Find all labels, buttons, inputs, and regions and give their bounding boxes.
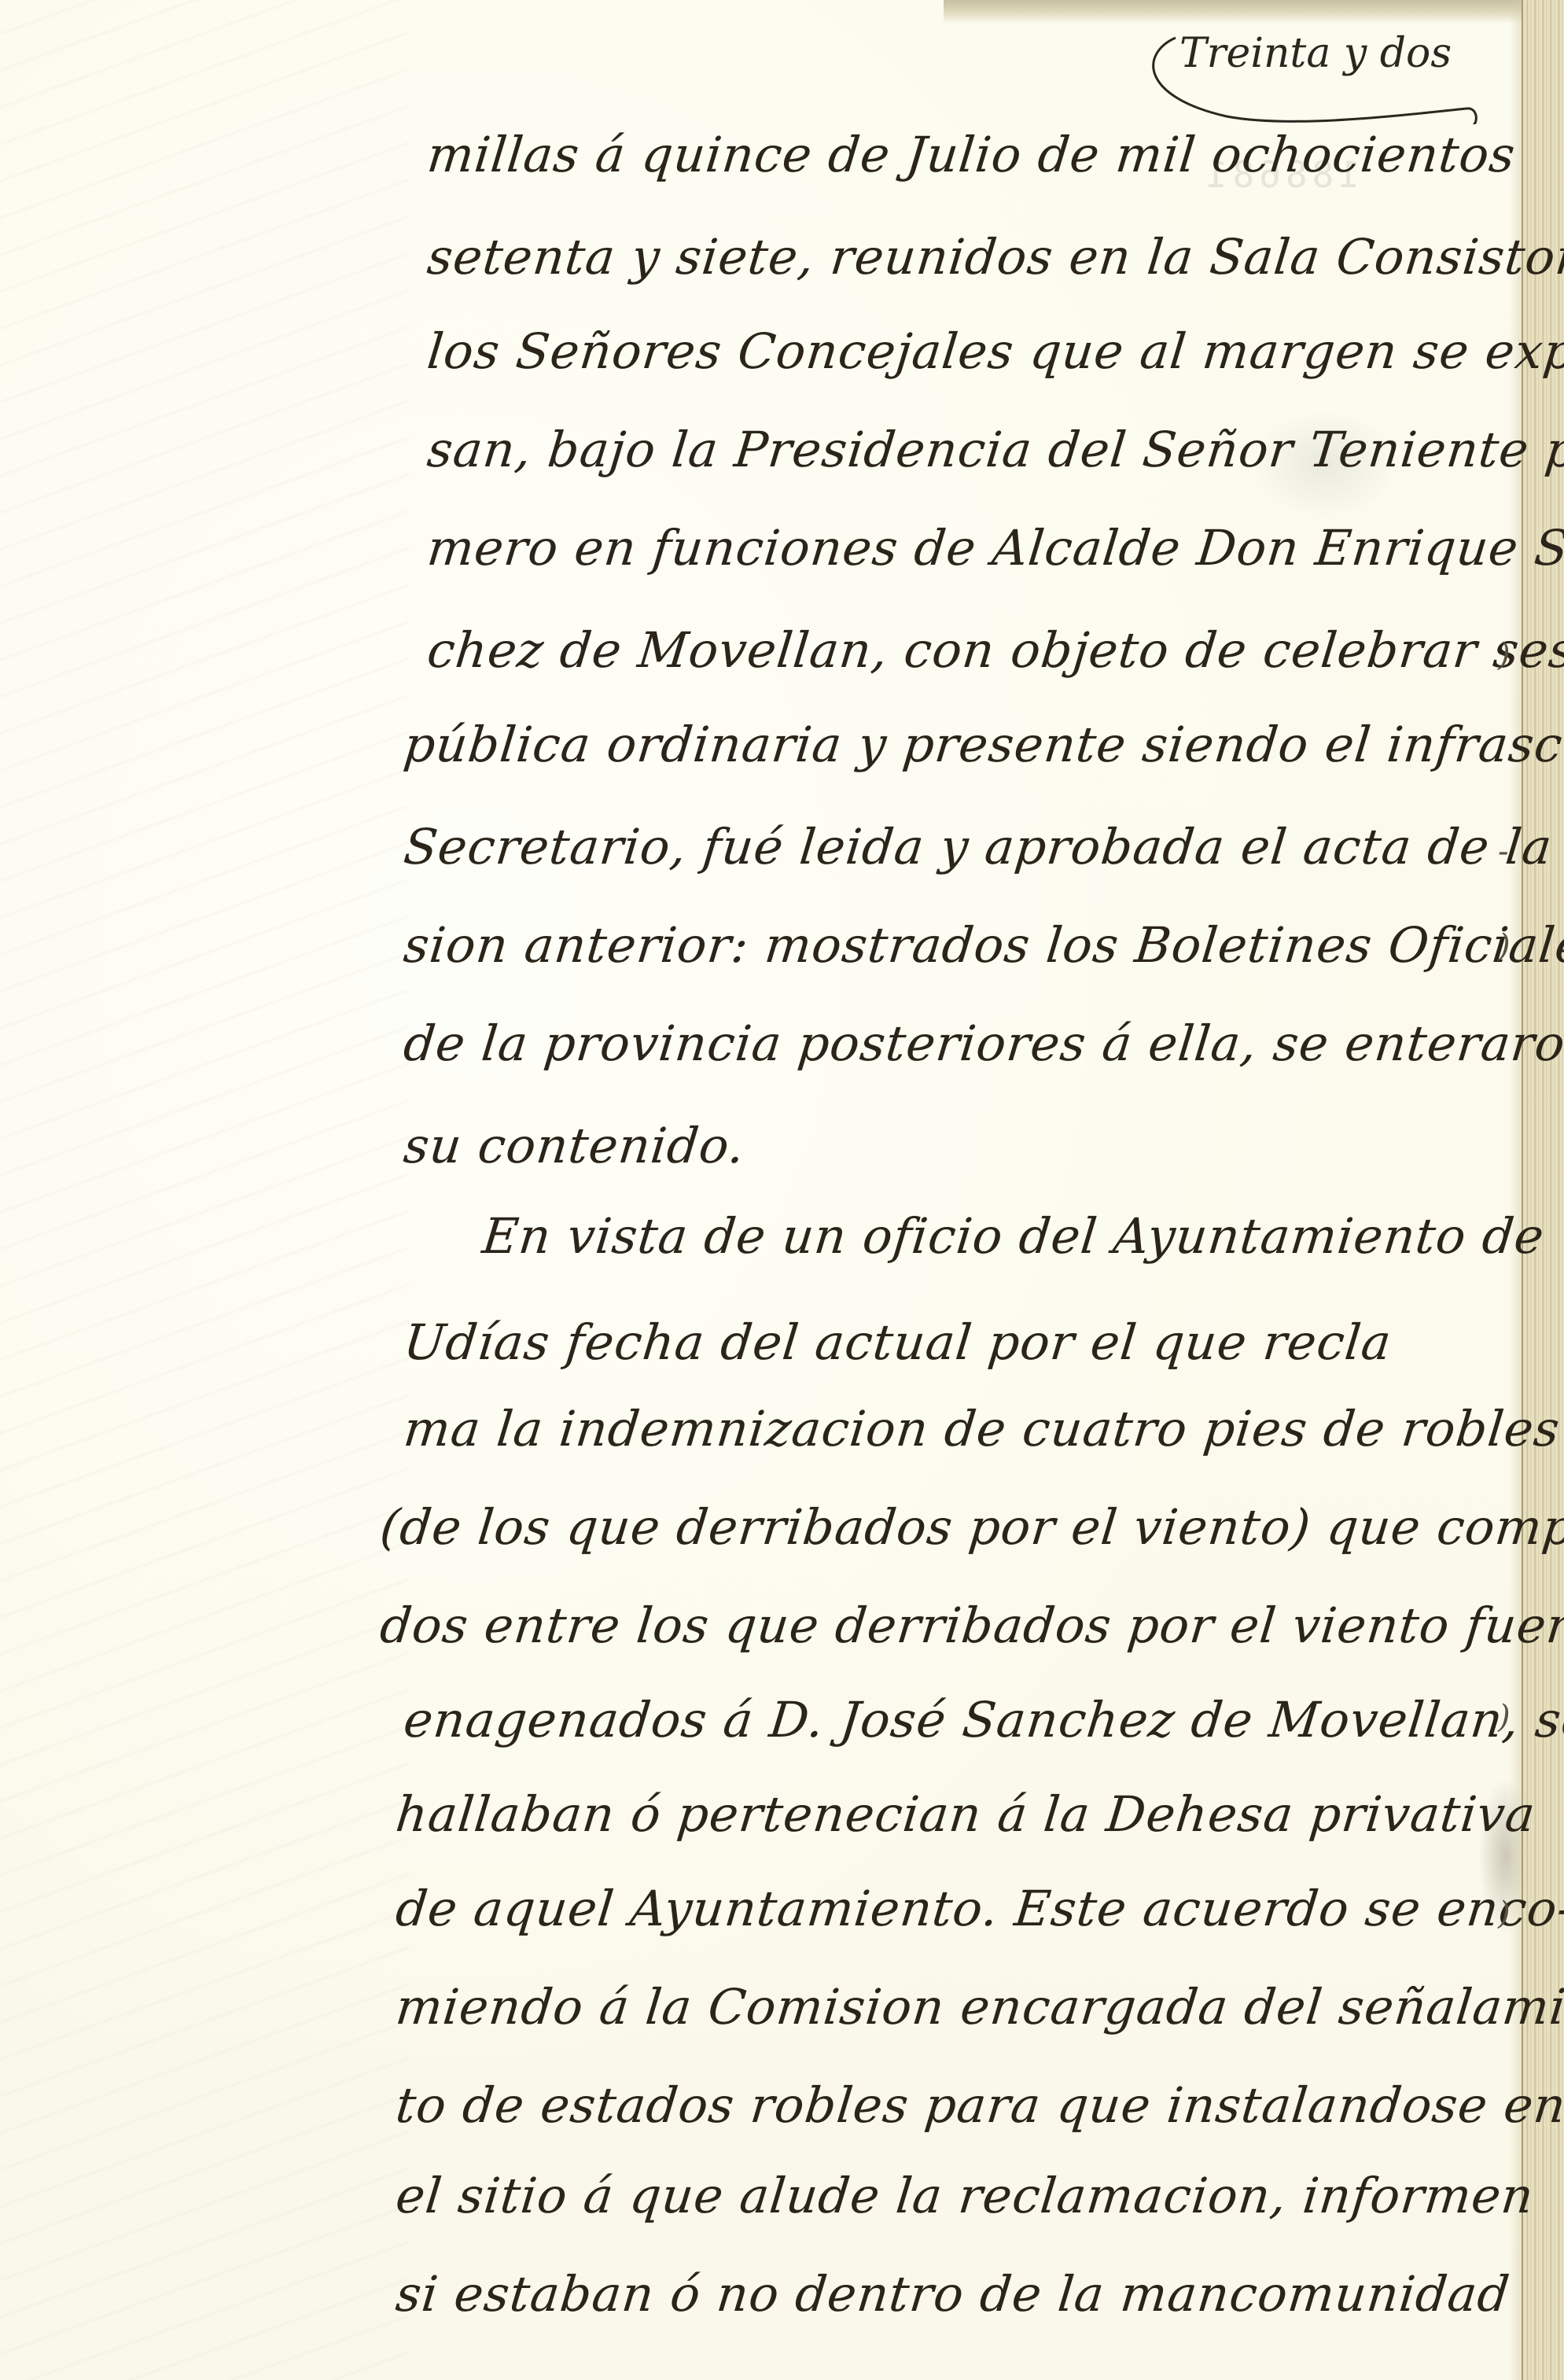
manuscript-line: los Señores Concejales que al margen se … xyxy=(425,322,1564,380)
manuscript-line: de la provincia posteriores á ella, se e… xyxy=(401,1015,1564,1072)
manuscript-line: (de los que derribados por el viento) qu… xyxy=(377,1498,1564,1556)
manuscript-line: hallaban ó pertenecian á la Dehesa priva… xyxy=(393,1785,1538,1843)
manuscript-line: dos entre los que derribados por el vien… xyxy=(377,1597,1564,1654)
manuscript-line: si estaban ó no dentro de la mancomunida… xyxy=(393,2265,1513,2323)
margin-mark: ) xyxy=(1498,637,1511,673)
margin-mark: ) xyxy=(1498,1896,1511,1932)
margin-mark: - xyxy=(1498,834,1509,870)
margin-mark: ) xyxy=(1498,1699,1511,1735)
margin-mark: ) xyxy=(1498,928,1511,964)
manuscript-line: de aquel Ayuntamiento. Este acuerdo se e… xyxy=(393,1880,1564,1937)
manuscript-line: su contenido. xyxy=(401,1117,748,1174)
manuscript-line: ma la indemnizacion de cuatro pies de ro… xyxy=(401,1400,1563,1457)
manuscript-line: miendo á la Comision encargada del señal… xyxy=(393,1978,1564,2036)
manuscript-line: Udías fecha del actual por el que recla xyxy=(401,1313,1394,1371)
manuscript-line: enagenados á D. José Sanchez de Movellan… xyxy=(401,1691,1564,1748)
manuscript-line: el sitio á que alude la reclamacion, inf… xyxy=(393,2167,1536,2224)
manuscript-line: pública ordinaria y presente siendo el i… xyxy=(401,716,1564,773)
manuscript-line: millas á quince de Julio de mil ochocien… xyxy=(425,126,1518,183)
manuscript-line: sion anterior: mostrados los Boletines O… xyxy=(401,916,1564,974)
manuscript-line: setenta y siete, reunidos en la Sala Con… xyxy=(425,228,1564,286)
manuscript-line: Secretario, fué leida y aprobada el acta… xyxy=(401,818,1564,875)
manuscript-line: chez de Movellan, con objeto de celebrar… xyxy=(425,621,1564,679)
manuscript-body: millas á quince de Julio de mil ochocien… xyxy=(0,0,1564,2380)
manuscript-line: san, bajo la Presidencia del Señor Tenie… xyxy=(425,421,1564,478)
manuscript-line: mero en funciones de Alcalde Don Enrique… xyxy=(425,519,1564,577)
manuscript-line: En vista de un oficio del Ayuntamiento d… xyxy=(480,1207,1547,1265)
manuscript-line: to de estados robles para que instalando… xyxy=(393,2076,1564,2134)
